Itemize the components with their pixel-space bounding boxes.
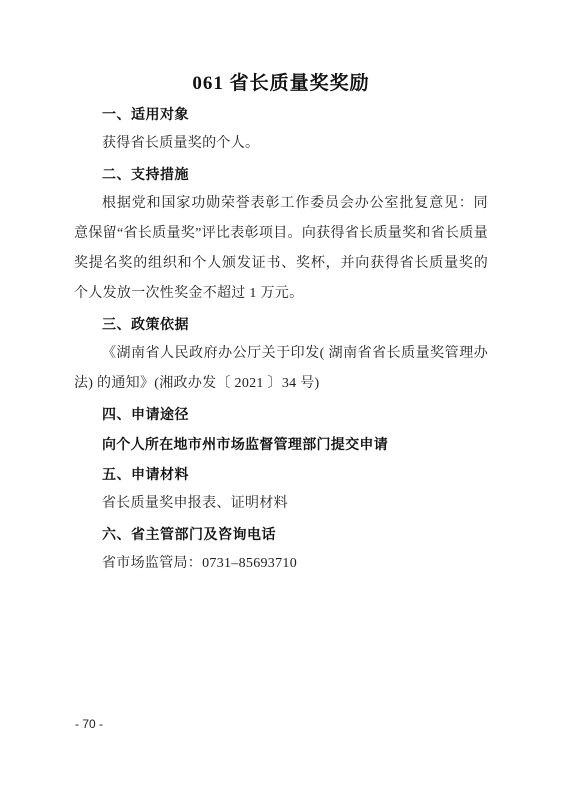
section-body: 获得省长质量奖的个人。 xyxy=(74,129,488,159)
section-heading: 六、省主管部门及咨询电话 xyxy=(74,519,488,549)
section-body: 向个人所在地市州市场监督管理部门提交申请 xyxy=(74,429,488,459)
section-heading: 四、申请途径 xyxy=(74,399,488,429)
document-page: 061 省长质量奖奖励 一、适用对象 获得省长质量奖的个人。 二、支持措施 根据… xyxy=(0,0,561,793)
section-support-measures: 二、支持措施 根据党和国家功勋荣誉表彰工作委员会办公室批复意见：同意保留“省长质… xyxy=(74,159,488,309)
page-number: - 70 - xyxy=(75,716,103,732)
section-application-materials: 五、申请材料 省长质量奖申报表、证明材料 xyxy=(74,459,488,519)
section-heading: 一、适用对象 xyxy=(74,99,488,129)
section-applicable-target: 一、适用对象 获得省长质量奖的个人。 xyxy=(74,99,488,159)
section-heading: 二、支持措施 xyxy=(74,159,488,189)
section-body: 省市场监管局：0731–85693710 xyxy=(74,549,488,579)
section-body: 《湖南省人民政府办公厅关于印发( 湖南省省长质量奖管理办法) 的通知》(湘政办发… xyxy=(74,339,488,399)
document-content: 061 省长质量奖奖励 一、适用对象 获得省长质量奖的个人。 二、支持措施 根据… xyxy=(74,69,488,579)
section-policy-basis: 三、政策依据 《湖南省人民政府办公厅关于印发( 湖南省省长质量奖管理办法) 的通… xyxy=(74,309,488,399)
section-heading: 三、政策依据 xyxy=(74,309,488,339)
section-heading: 五、申请材料 xyxy=(74,459,488,489)
document-title: 061 省长质量奖奖励 xyxy=(74,69,488,99)
section-application-channel: 四、申请途径 向个人所在地市州市场监督管理部门提交申请 xyxy=(74,399,488,459)
section-body: 省长质量奖申报表、证明材料 xyxy=(74,489,488,519)
section-body: 根据党和国家功勋荣誉表彰工作委员会办公室批复意见：同意保留“省长质量奖”评比表彰… xyxy=(74,189,488,309)
section-department-contact: 六、省主管部门及咨询电话 省市场监管局：0731–85693710 xyxy=(74,519,488,579)
